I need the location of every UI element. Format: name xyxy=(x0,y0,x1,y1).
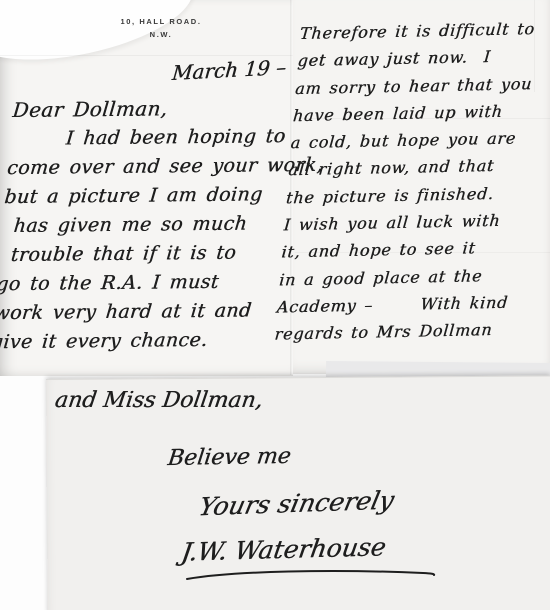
handwritten-line: am sorry to hear that you xyxy=(294,70,544,103)
handwritten-line: go to the R.A. I must xyxy=(0,267,276,299)
handwritten-line: but a picture I am doing xyxy=(3,180,284,212)
fold-crease xyxy=(0,55,293,56)
letterhead-district: N.W. xyxy=(96,28,226,41)
handwritten-line: has given me so much xyxy=(0,209,281,241)
handwritten-line: give it every chance. xyxy=(0,325,270,357)
handwritten-line: I had been hoping to xyxy=(9,122,290,154)
handwritten-line: work very hard at it and xyxy=(0,296,273,328)
signature-flourish xyxy=(183,567,439,583)
handwritten-line: Therefore it is difficult to xyxy=(299,15,549,48)
letterhead: 10, HALL ROAD. N.W. xyxy=(96,15,226,41)
letterhead-address: 10, HALL ROAD. xyxy=(96,15,226,28)
handwritten-line: regards to Mrs Dollman xyxy=(273,316,523,349)
handwritten-line: I wish you all luck with xyxy=(283,206,533,239)
letter-scan: 10, HALL ROAD. N.W. March 19 – Dear Doll… xyxy=(0,0,550,610)
letter-body-right: Therefore it is difficult to get away ju… xyxy=(273,15,549,348)
handwritten-line: come over and see your work, xyxy=(6,151,287,183)
continuation-line: and Miss Dollman, xyxy=(53,388,264,413)
letter-body-left: Dear Dollman, I had been hoping to come … xyxy=(0,93,292,357)
signature: J.W. Waterhouse xyxy=(179,532,388,566)
handwritten-line: trouble that if it is to xyxy=(0,238,278,270)
closing-line: Believe me xyxy=(166,444,292,471)
salutation: Dear Dollman, xyxy=(11,93,292,125)
